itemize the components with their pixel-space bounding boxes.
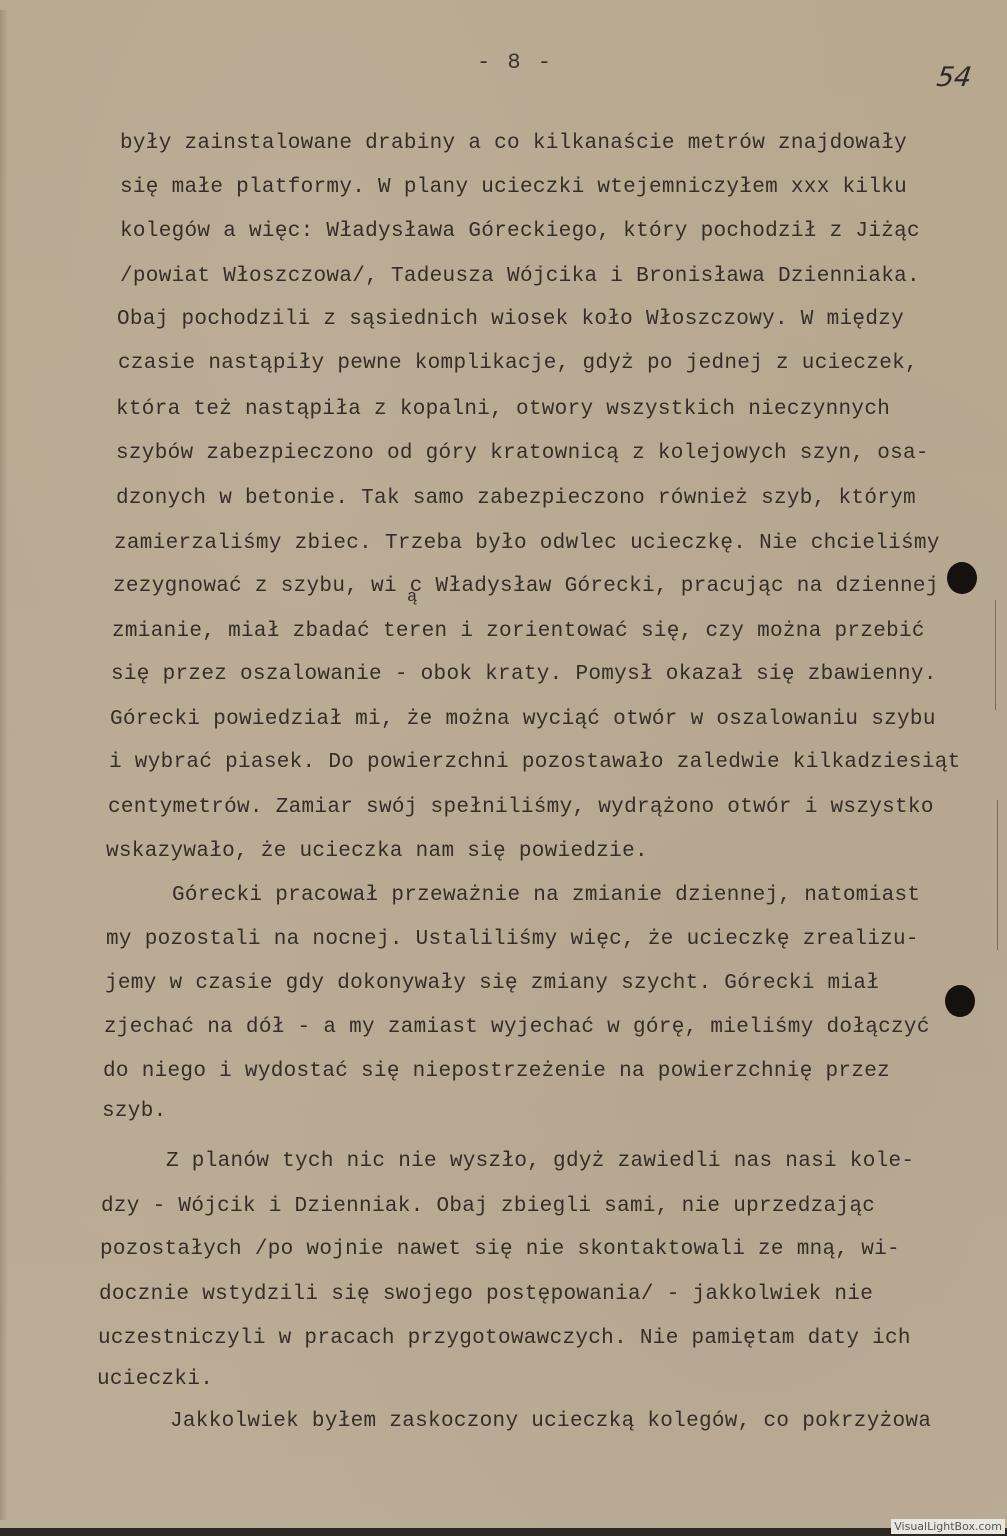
text-line: do niego i wydostać się niepostrzeżenie …	[103, 1060, 890, 1083]
text-line: zamierzaliśmy zbiec. Trzeba było odwlec …	[114, 532, 940, 555]
text-line: centymetrów. Zamiar swój spełniliśmy, wy…	[108, 796, 934, 819]
text-line: jemy w czasie gdy dokonywały się zmiany …	[105, 972, 879, 995]
handwritten-correction: ą	[407, 588, 418, 607]
text-line: /powiat Włoszczowa/, Tadeusza Wójcika i …	[120, 265, 920, 288]
text-line: docznie wstydzili się swojego postępowan…	[99, 1283, 873, 1306]
text-line: my pozostali na nocnej. Ustaliliśmy więc…	[106, 928, 919, 951]
text-line: zezygnować z szybu, wi c Władysław Górec…	[113, 575, 939, 598]
margin-mark	[995, 600, 996, 710]
text-line: uczestniczyli w pracach przygotowawczych…	[98, 1327, 911, 1350]
text-line: szybów zabezpieczono od góry kratownicą …	[116, 442, 929, 465]
punch-hole-top	[947, 562, 977, 594]
text-line: szyb.	[102, 1100, 167, 1123]
text-line: Górecki pracował przeważnie na zmianie d…	[172, 884, 920, 907]
watermark: VisualLightBox.com	[891, 1519, 1005, 1534]
text-line: się przez oszalowanie - obok kraty. Pomy…	[111, 663, 937, 686]
punch-hole-bottom	[945, 985, 975, 1017]
text-line: dzonych w betonie. Tak samo zabezpieczon…	[116, 487, 916, 510]
text-line: zjechać na dół - a my zamiast wyjechać w…	[104, 1016, 930, 1039]
text-line: Górecki powiedział mi, że można wyciąć o…	[110, 708, 936, 731]
handwritten-folio-number: 54	[935, 62, 974, 93]
text-line: czasie nastąpiły pewne komplikacje, gdyż…	[118, 352, 918, 375]
text-line: kolegów a więc: Władysława Góreckiego, k…	[120, 220, 920, 243]
margin-mark	[997, 800, 998, 950]
text-line: się małe platformy. W plany ucieczki wte…	[120, 176, 907, 199]
text-line: Z planów tych nic nie wyszło, gdyż zawie…	[166, 1150, 914, 1173]
text-line: dzy - Wójcik i Dzienniak. Obaj zbiegli s…	[101, 1195, 875, 1218]
document-page: - 8 - 54 były zainstalowane drabiny a co…	[0, 0, 1007, 1528]
text-line: i wybrać piasek. Do powierzchni pozostaw…	[109, 751, 961, 774]
text-line: Jakkolwiek byłem zaskoczony ucieczką kol…	[170, 1410, 931, 1433]
text-line: zmianie, miał zbadać teren i zorientować…	[112, 620, 925, 643]
text-line: wskazywało, że ucieczka nam się powiedzi…	[106, 840, 648, 863]
page-edge-shadow	[0, 10, 8, 1520]
text-line: ucieczki.	[97, 1368, 213, 1391]
page-number: - 8 -	[0, 50, 1007, 75]
text-line: która też nastąpiła z kopalni, otwory ws…	[116, 398, 890, 421]
page-bottom-edge	[0, 1528, 1007, 1536]
text-line: pozostałych /po wojnie nawet się nie sko…	[100, 1238, 900, 1261]
text-line: były zainstalowane drabiny a co kilkanaś…	[120, 132, 907, 155]
text-line: Obaj pochodzili z sąsiednich wiosek koło…	[117, 308, 904, 331]
